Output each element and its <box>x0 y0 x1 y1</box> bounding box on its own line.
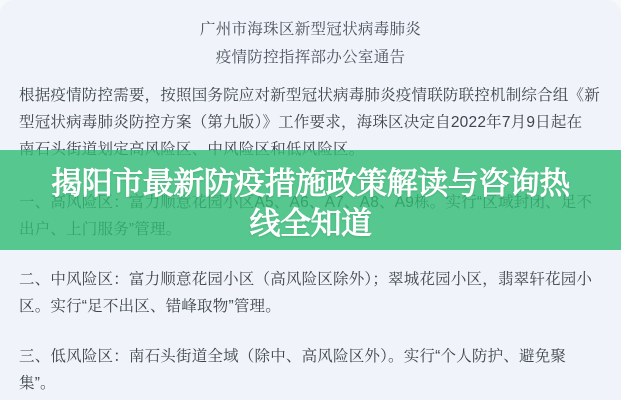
notice-card: 广州市海珠区新型冠状病毒肺炎 疫情防控指挥部办公室通告 根据疫情防控需要，按照国… <box>0 0 621 400</box>
section-low-risk-line-2: 集”。 <box>19 370 602 397</box>
notice-title: 广州市海珠区新型冠状病毒肺炎 疫情防控指挥部办公室通告 <box>0 0 621 72</box>
notice-title-line-2: 疫情防控指挥部办公室通告 <box>0 44 621 72</box>
section-low-risk-line-1: 三、低风险区：南石头街道全域（除中、高风险区外）。实行“个人防护、避免聚 <box>19 343 602 370</box>
intro-line-2: 型冠状病毒肺炎防控方案（第九版）》工作要求，海珠区决定自2022年7月9日起在 <box>19 109 602 136</box>
overlay-headline-line-2: 线全知道 <box>250 204 372 244</box>
overlay-headline: 揭阳市最新防疫措施政策解读与咨询热 线全知道 <box>0 150 621 250</box>
section-mid-risk-line-2: 区。实行“足不出区、错峰取物”管理。 <box>19 293 602 320</box>
section-mid-risk-line-1: 二、中风险区：富力顺意花园小区（高风险区除外）；翠城花园小区，翡翠轩花园小 <box>19 266 602 293</box>
notice-title-line-1: 广州市海珠区新型冠状病毒肺炎 <box>0 16 621 44</box>
intro-line-1: 根据疫情防控需要，按照国务院应对新型冠状病毒肺炎疫情联防联控机制综合组《新 <box>19 82 602 109</box>
section-mid-risk: 二、中风险区：富力顺意花园小区（高风险区除外）；翠城花园小区，翡翠轩花园小 区。… <box>19 266 602 320</box>
section-low-risk: 三、低风险区：南石头街道全域（除中、高风险区外）。实行“个人防护、避免聚 集”。 <box>19 343 602 397</box>
overlay-headline-line-1: 揭阳市最新防疫措施政策解读与咨询热 <box>51 164 570 204</box>
